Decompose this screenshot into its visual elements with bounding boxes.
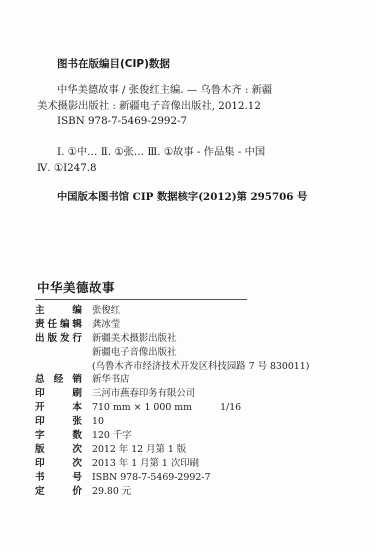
colophon-label: 责 任 编 辑 <box>35 318 82 332</box>
format-dimensions: 710 mm × 1 000 mm <box>92 402 192 413</box>
format-fraction: 1/16 <box>220 402 241 413</box>
label-char: 书 <box>35 471 45 485</box>
colophon-row-sheets: 印 张 10 <box>35 415 309 429</box>
colophon-label: 版 次 <box>35 443 82 457</box>
colophon-value: 710 mm × 1 000 mm1/16 <box>92 401 241 415</box>
cip-bibliographic-line-1: 中华美德故事 / 张俊红主编. — 乌鲁木齐 : 新疆 <box>57 84 272 97</box>
label-char: 开 <box>35 401 45 415</box>
colophon-label: 印 次 <box>35 457 82 471</box>
label-char: 行 <box>72 332 82 346</box>
colophon-value: 29.80 元 <box>92 485 131 499</box>
colophon-row-publisher-2: — 新疆电子音像出版社 <box>35 346 309 360</box>
colophon-value: 三河市燕春印务有限公司 <box>92 387 195 401</box>
cip-subject-line: Ⅰ. ①中… Ⅱ. ①张… Ⅲ. ①故事 - 作品集 - 中国 <box>57 146 265 159</box>
cip-bibliographic-line-2: 美术摄影出版社 : 新疆电子音像出版社, 2012.12 <box>37 100 261 113</box>
colophon-value: 2013 年 1 月第 1 次印刷 <box>92 457 199 471</box>
label-char: 印 <box>35 415 45 429</box>
label-char: 印 <box>35 387 45 401</box>
label-char: 刷 <box>72 387 82 401</box>
colophon-row-format: 开 本 710 mm × 1 000 mm1/16 <box>35 401 309 415</box>
colophon-row-editor: 主 编 张俊红 <box>35 304 309 318</box>
label-char: 经 <box>54 373 64 387</box>
colophon-value: ISBN 978-7-5469-2992-7 <box>92 471 210 485</box>
cip-heading: 图书在版编目(CIP)数据 <box>57 56 170 71</box>
colophon-value: 新疆美术摄影出版社 <box>92 332 176 346</box>
colophon-row-publisher: 出 版 发 行 新疆美术摄影出版社 <box>35 332 309 346</box>
label-char: 编 <box>72 304 82 318</box>
cip-classification-line: Ⅳ. ①I247.8 <box>37 162 97 175</box>
label-char: 价 <box>72 485 82 499</box>
colophon-row-printer: 印 刷 三河市燕春印务有限公司 <box>35 387 309 401</box>
label-char: 销 <box>72 373 82 387</box>
label-char: 版 <box>35 443 45 457</box>
label-char: 印 <box>35 457 45 471</box>
colophon-label: 书 号 <box>35 471 82 485</box>
colophon-label: 出 版 发 行 <box>35 332 82 346</box>
label-char: 号 <box>72 471 82 485</box>
cip-isbn-line: ISBN 978-7-5469-2992-7 <box>57 115 187 128</box>
colophon-table: 主 编 张俊红 责 任 编 辑 龚冰莹 出 版 发 行 新疆美术摄影出版社 — … <box>35 304 309 498</box>
label-char: 编 <box>60 318 70 332</box>
colophon-label: 开 本 <box>35 401 82 415</box>
label-char: 版 <box>47 332 57 346</box>
colophon-row-distributor: 总 经 销 新华书店 <box>35 373 309 387</box>
colophon-value: 10 <box>92 415 104 429</box>
colophon-row-price: 定 价 29.80 元 <box>35 485 309 499</box>
colophon-label: 字 数 <box>35 429 82 443</box>
label-char: 定 <box>35 485 45 499</box>
colophon-value: 120 千字 <box>92 429 132 443</box>
colophon-value: 新华书店 <box>92 373 130 387</box>
colophon-row-isbn: 书 号 ISBN 978-7-5469-2992-7 <box>35 471 309 485</box>
label-char: 次 <box>72 443 82 457</box>
colophon-label: 总 经 销 <box>35 373 82 387</box>
colophon-row-word-count: 字 数 120 千字 <box>35 429 309 443</box>
colophon-value: 新疆电子音像出版社 <box>92 346 176 360</box>
label-char: 责 <box>35 318 45 332</box>
colophon-value: (乌鲁木齐市经济技术开发区科技园路 7 号 830011) <box>92 360 309 374</box>
colophon-label: 印 张 <box>35 415 82 429</box>
colophon-label: 印 刷 <box>35 387 82 401</box>
colophon-value: 张俊红 <box>92 304 120 318</box>
colophon-row-responsible-editor: 责 任 编 辑 龚冰莹 <box>35 318 309 332</box>
colophon-label: 主 编 <box>35 304 82 318</box>
label-char: 总 <box>35 373 45 387</box>
cip-record-number: 中国版本图书馆 CIP 数据核字(2012)第 295706 号 <box>57 191 307 204</box>
label-char: 任 <box>47 318 57 332</box>
colophon-row-edition: 版 次 2012 年 12 月第 1 版 <box>35 443 309 457</box>
label-char: 次 <box>72 457 82 471</box>
label-char: 字 <box>35 429 45 443</box>
label-char: 辑 <box>72 318 82 332</box>
colophon-value: 龚冰莹 <box>92 318 120 332</box>
label-char: 张 <box>72 415 82 429</box>
book-title: 中华美德故事 <box>37 278 115 296</box>
label-char: 出 <box>35 332 45 346</box>
colophon-label: 定 价 <box>35 485 82 499</box>
colophon-row-address: — (乌鲁木齐市经济技术开发区科技园路 7 号 830011) <box>35 360 309 374</box>
label-char: 本 <box>72 401 82 415</box>
colophon-value: 2012 年 12 月第 1 版 <box>92 443 186 457</box>
label-char: 数 <box>72 429 82 443</box>
colophon-row-printing: 印 次 2013 年 1 月第 1 次印刷 <box>35 457 309 471</box>
title-divider <box>35 299 247 300</box>
label-char: 发 <box>60 332 70 346</box>
label-char: 主 <box>35 304 45 318</box>
